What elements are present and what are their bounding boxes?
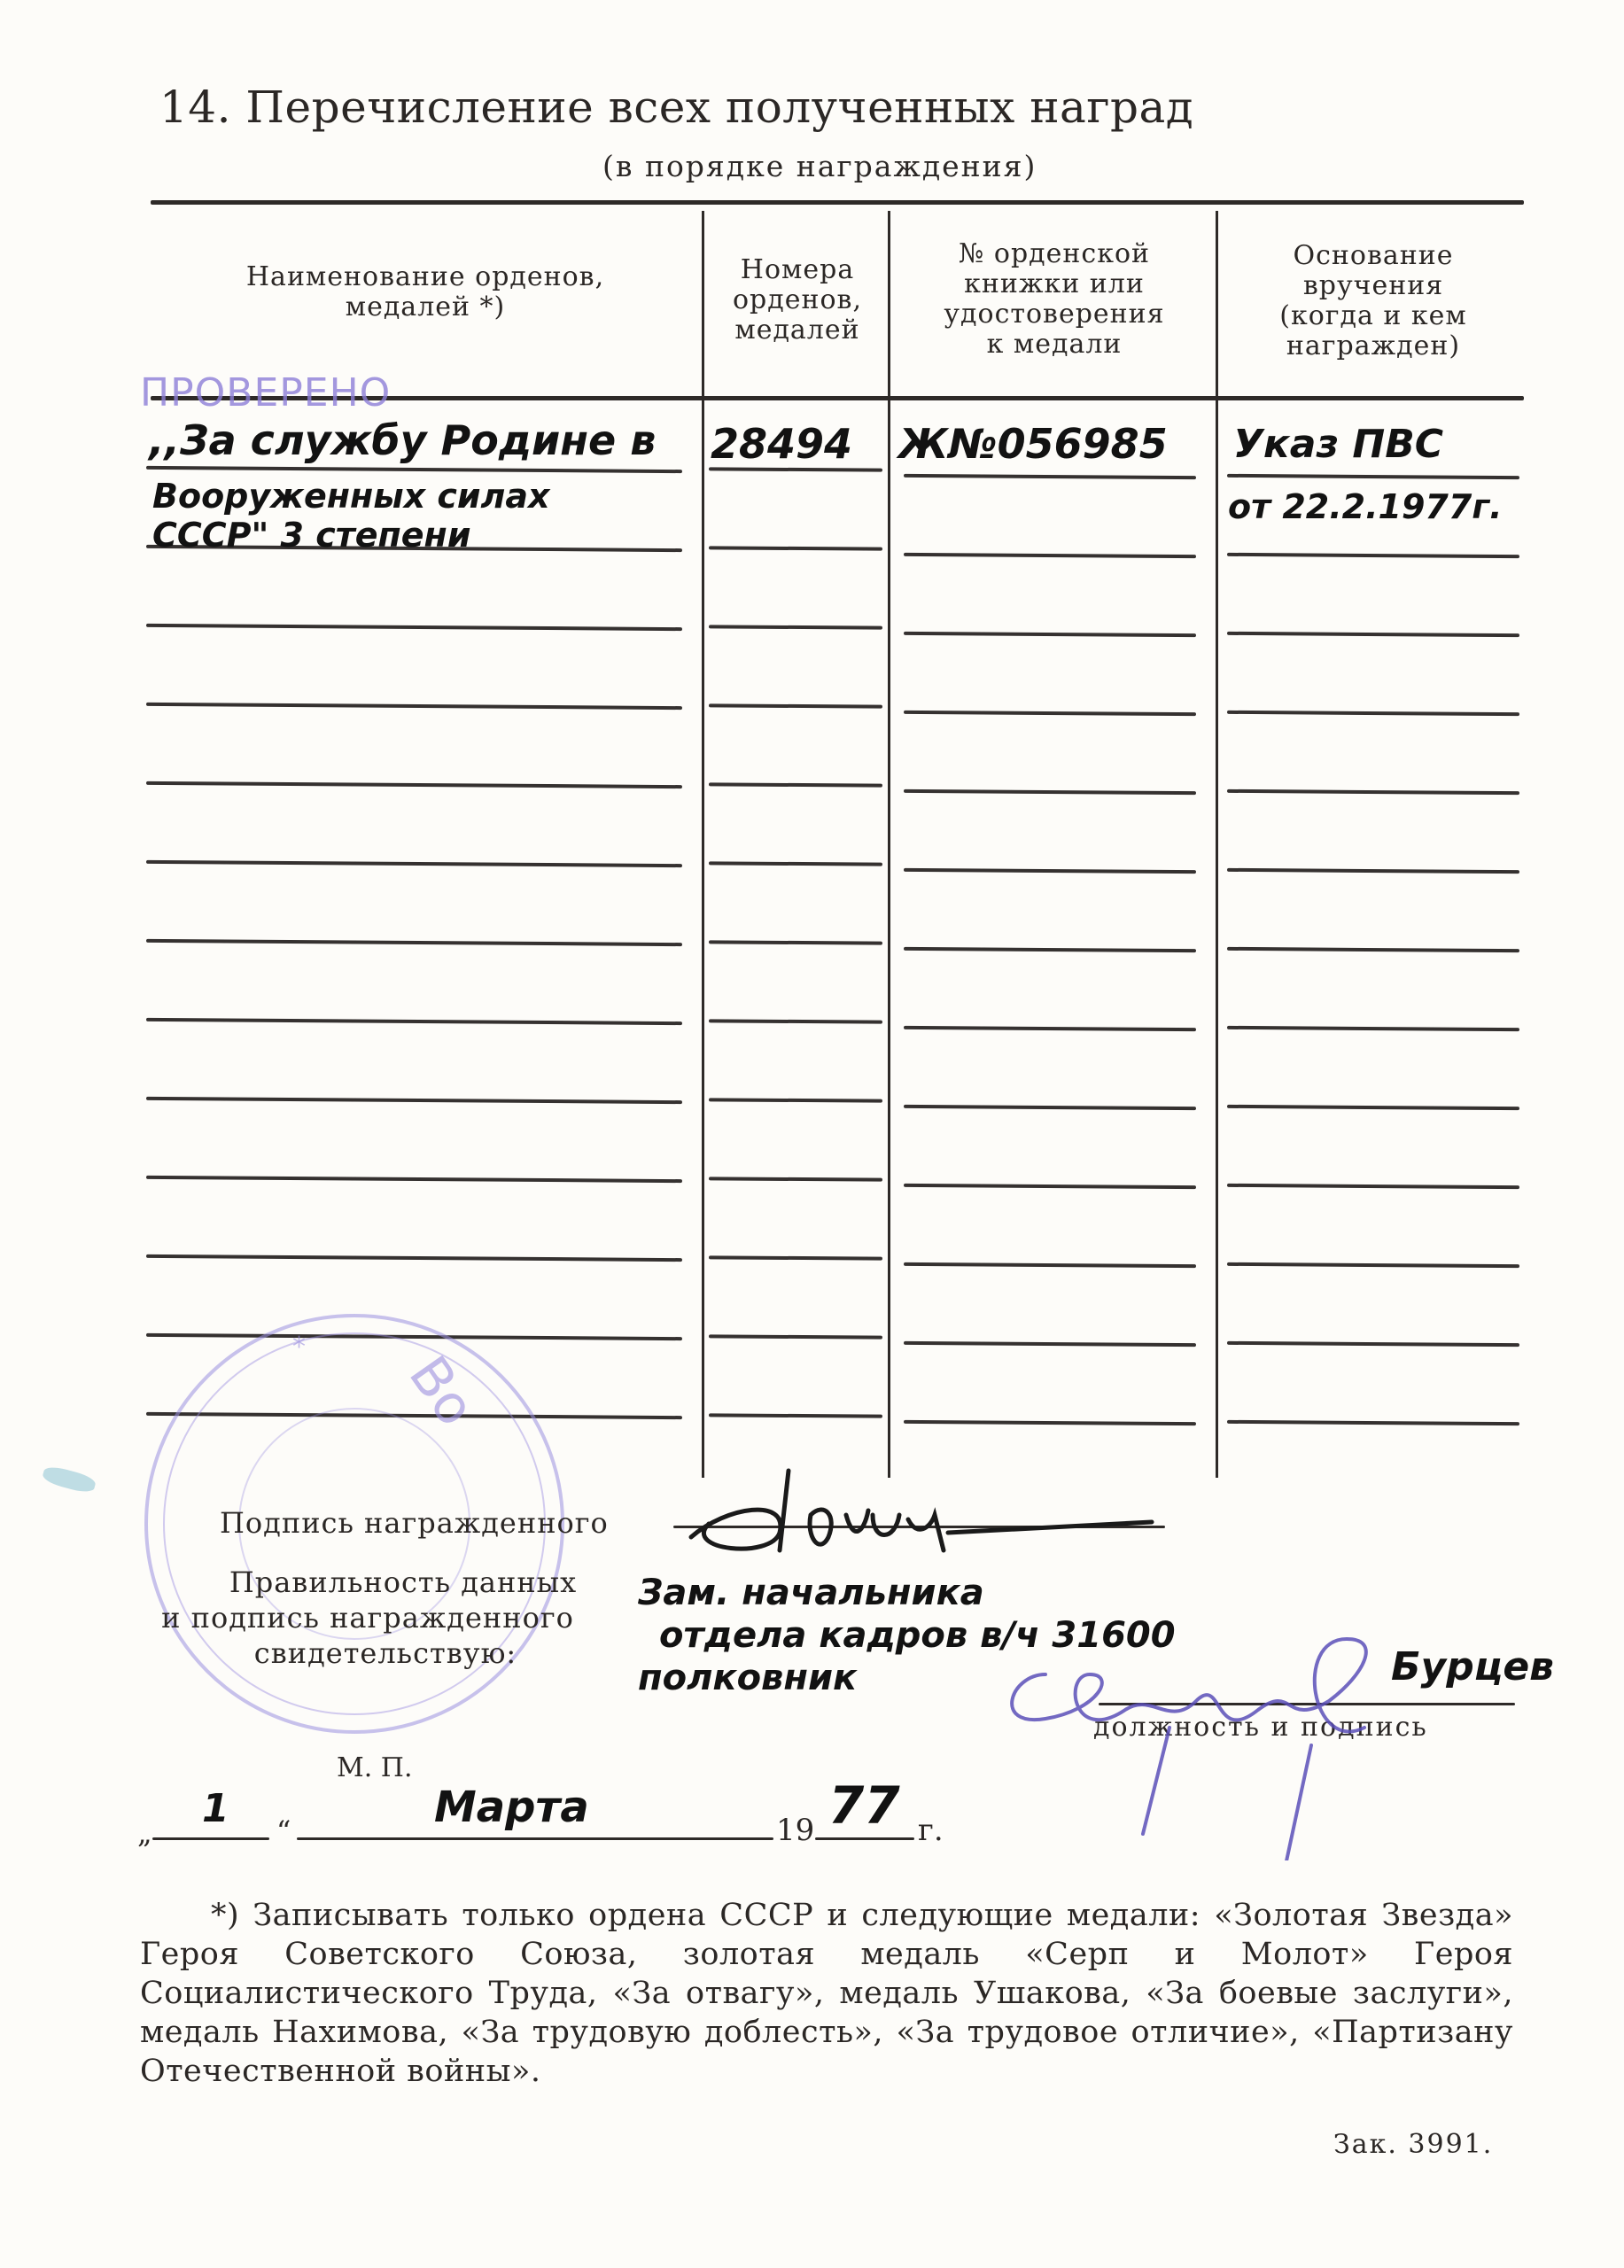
month-underline	[297, 1837, 773, 1840]
round-seal-icon: Во *	[142, 1302, 638, 1798]
verification-label-line: и подпись награжденного	[106, 1600, 629, 1635]
header-line: к медали	[895, 330, 1214, 360]
award-name-line-2: Вооруженных силах	[152, 477, 550, 516]
row-writing-line	[1227, 711, 1519, 716]
column-divider-1	[702, 211, 704, 1478]
row-writing-line	[146, 1018, 682, 1025]
row-writing-line	[1227, 1420, 1519, 1425]
row-writing-line	[146, 860, 682, 867]
row-writing-line	[1227, 553, 1519, 558]
column-divider-2	[888, 211, 890, 1478]
row-writing-line	[1227, 1184, 1519, 1189]
header-line: медалей	[709, 315, 886, 346]
row-writing-line	[709, 625, 882, 629]
date-close-quote: “	[276, 1814, 291, 1848]
row-writing-line	[904, 632, 1196, 637]
row-writing-line	[709, 703, 882, 708]
basis-line-1: Указ ПВС	[1233, 422, 1443, 467]
date-day: 1	[202, 1786, 229, 1831]
svg-text:*: *	[292, 1332, 306, 1363]
header-line: медалей *)	[159, 292, 691, 322]
awardee-signature-label: Подпись награжденного	[220, 1506, 609, 1540]
row-writing-line	[709, 546, 882, 550]
row-writing-line	[904, 474, 1196, 479]
row-writing-line	[904, 1262, 1196, 1268]
row-writing-line	[904, 947, 1196, 952]
row-writing-line	[1227, 474, 1519, 479]
year-underline	[815, 1837, 914, 1840]
header-basis: Основание вручения (когда и кем награжде…	[1223, 241, 1524, 361]
award-name-line-1: ,,За службу Родине в	[149, 416, 656, 464]
row-writing-line	[904, 1026, 1196, 1031]
section-subtitle: (в порядке награждения)	[602, 149, 1037, 183]
award-name-line-3: СССР" 3 степени	[152, 516, 470, 555]
date-open-quote: „	[137, 1816, 152, 1850]
row-writing-line	[1227, 1105, 1519, 1110]
row-writing-line	[146, 781, 682, 788]
header-award-name: Наименование орденов, медалей *)	[159, 262, 691, 322]
row-writing-line	[904, 1184, 1196, 1189]
row-writing-line	[1227, 632, 1519, 637]
row-writing-line	[709, 1019, 882, 1023]
date-century: 19	[776, 1813, 814, 1848]
day-underline	[152, 1837, 269, 1840]
basis-line-2: от 22.2.1977г.	[1228, 487, 1503, 526]
row-writing-line	[1227, 1341, 1519, 1347]
header-line: орденов,	[709, 285, 886, 315]
row-writing-line	[146, 703, 682, 710]
header-line: вручения	[1223, 271, 1524, 301]
order-number: Зак. 3991.	[1333, 2129, 1493, 2160]
official-signature-icon	[992, 1621, 1453, 1860]
row-writing-line	[1227, 789, 1519, 795]
row-writing-line	[904, 1341, 1196, 1347]
award-number: 28494	[711, 420, 852, 468]
row-writing-line	[146, 466, 682, 473]
header-line: награжден)	[1223, 331, 1524, 361]
header-certificate-number: № орденской книжки или удостоверения к м…	[895, 239, 1214, 360]
certificate-number: Ж№056985	[898, 420, 1168, 468]
row-writing-line	[709, 940, 882, 944]
row-writing-line	[146, 624, 682, 631]
date-month: Марта	[434, 1783, 589, 1832]
row-writing-line	[709, 1334, 882, 1339]
row-writing-line	[904, 868, 1196, 874]
row-writing-line	[146, 939, 682, 946]
section-title: 14. Перечисление всех полученных наград	[159, 82, 1193, 133]
row-writing-line	[904, 1105, 1196, 1110]
row-writing-line	[146, 1176, 682, 1183]
row-writing-line	[1227, 947, 1519, 952]
header-award-number: Номера орденов, медалей	[709, 255, 886, 346]
seal-label: М. П.	[337, 1752, 413, 1783]
row-writing-line	[709, 1098, 882, 1102]
column-divider-3	[1216, 211, 1218, 1478]
header-line: Наименование орденов,	[159, 262, 691, 292]
verification-label-line: Правильность данных	[177, 1565, 629, 1600]
ink-smudge	[41, 1464, 97, 1495]
row-writing-line	[1227, 1262, 1519, 1268]
row-writing-line	[904, 711, 1196, 716]
row-writing-line	[709, 467, 882, 471]
row-writing-line	[1227, 1026, 1519, 1031]
table-top-rule	[151, 200, 1524, 205]
row-writing-line	[1227, 868, 1519, 874]
verification-label: Правильность данных и подпись награжденн…	[142, 1565, 629, 1671]
row-writing-line	[709, 1255, 882, 1260]
header-line: Основание	[1223, 241, 1524, 271]
row-writing-line	[904, 1420, 1196, 1425]
awardee-signature-icon	[656, 1453, 1169, 1568]
official-position-line: Зам. начальника	[638, 1572, 1176, 1614]
row-writing-line	[904, 789, 1196, 795]
row-writing-line	[709, 1413, 882, 1417]
header-line: № орденской	[895, 239, 1214, 269]
row-writing-line	[709, 1177, 882, 1181]
verified-stamp: ПРОВЕРЕНО	[140, 370, 391, 416]
date-year: 77	[828, 1775, 900, 1836]
header-line: удостоверения	[895, 299, 1214, 330]
date-year-mark: г.	[918, 1813, 944, 1848]
footnote-text: *) Записывать только ордена СССР и следу…	[140, 1896, 1513, 2091]
footnote: *) Записывать только ордена СССР и следу…	[140, 1896, 1513, 2091]
row-writing-line	[709, 861, 882, 866]
header-line: книжки или	[895, 269, 1214, 299]
row-writing-line	[709, 782, 882, 787]
row-writing-line	[146, 1254, 682, 1262]
header-line: (когда и кем	[1223, 301, 1524, 331]
row-writing-line	[904, 553, 1196, 558]
row-writing-line	[146, 1097, 682, 1104]
verification-label-line: свидетельствую:	[142, 1635, 629, 1671]
header-line: Номера	[709, 255, 886, 285]
